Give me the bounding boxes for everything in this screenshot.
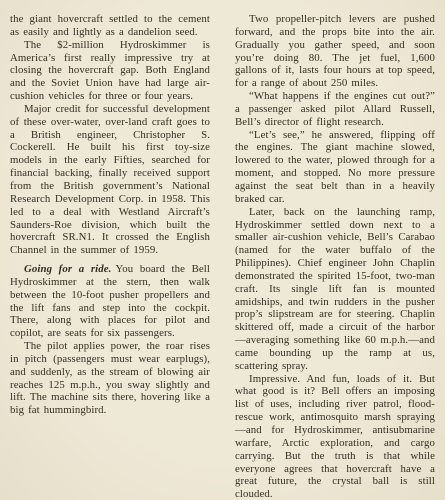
paragraph-text: Impressive. And fun, loads of it. But wh…: [235, 373, 435, 500]
paragraph: The $2-million Hydroskimmer is America’s…: [10, 39, 210, 103]
text-column-right: Two propeller-pitch levers are pushed fo…: [235, 13, 435, 500]
paragraph-text: Two propeller-pitch levers are pushed fo…: [235, 13, 435, 89]
paragraph-lead: Going for a ride.: [24, 263, 115, 275]
paragraph-text: “Let’s see,” he answered, flipping off t…: [235, 129, 435, 205]
paragraph-text: The $2-million Hydroskimmer is America’s…: [10, 39, 210, 102]
paragraph: the giant hovercraft settled to the ceme…: [10, 13, 210, 39]
paragraph: The pilot applies power, the roar rises …: [10, 340, 210, 417]
paragraph-text: The pilot applies power, the roar rises …: [10, 340, 210, 416]
paragraph: Going for a ride.You board the Bell Hydr…: [10, 263, 210, 340]
paragraph-text: Later, back on the launching ramp, Hydro…: [235, 206, 435, 372]
paragraph-text: the giant hovercraft settled to the ceme…: [10, 13, 210, 38]
paragraph: Later, back on the launching ramp, Hydro…: [235, 206, 435, 373]
text-column-left: the giant hovercraft settled to the ceme…: [10, 13, 210, 500]
paragraph-text: “What happens if the engines cut out?” a…: [235, 90, 435, 128]
paragraph: Major credit for successful development …: [10, 103, 210, 257]
paragraph-text: Major credit for successful development …: [10, 103, 210, 256]
magazine-page: the giant hovercraft settled to the ceme…: [0, 0, 445, 500]
paragraph: “What happens if the engines cut out?” a…: [235, 90, 435, 129]
paragraph: Two propeller-pitch levers are pushed fo…: [235, 13, 435, 90]
paragraph: “Let’s see,” he answered, flipping off t…: [235, 129, 435, 206]
paragraph: Impressive. And fun, loads of it. But wh…: [235, 373, 435, 500]
